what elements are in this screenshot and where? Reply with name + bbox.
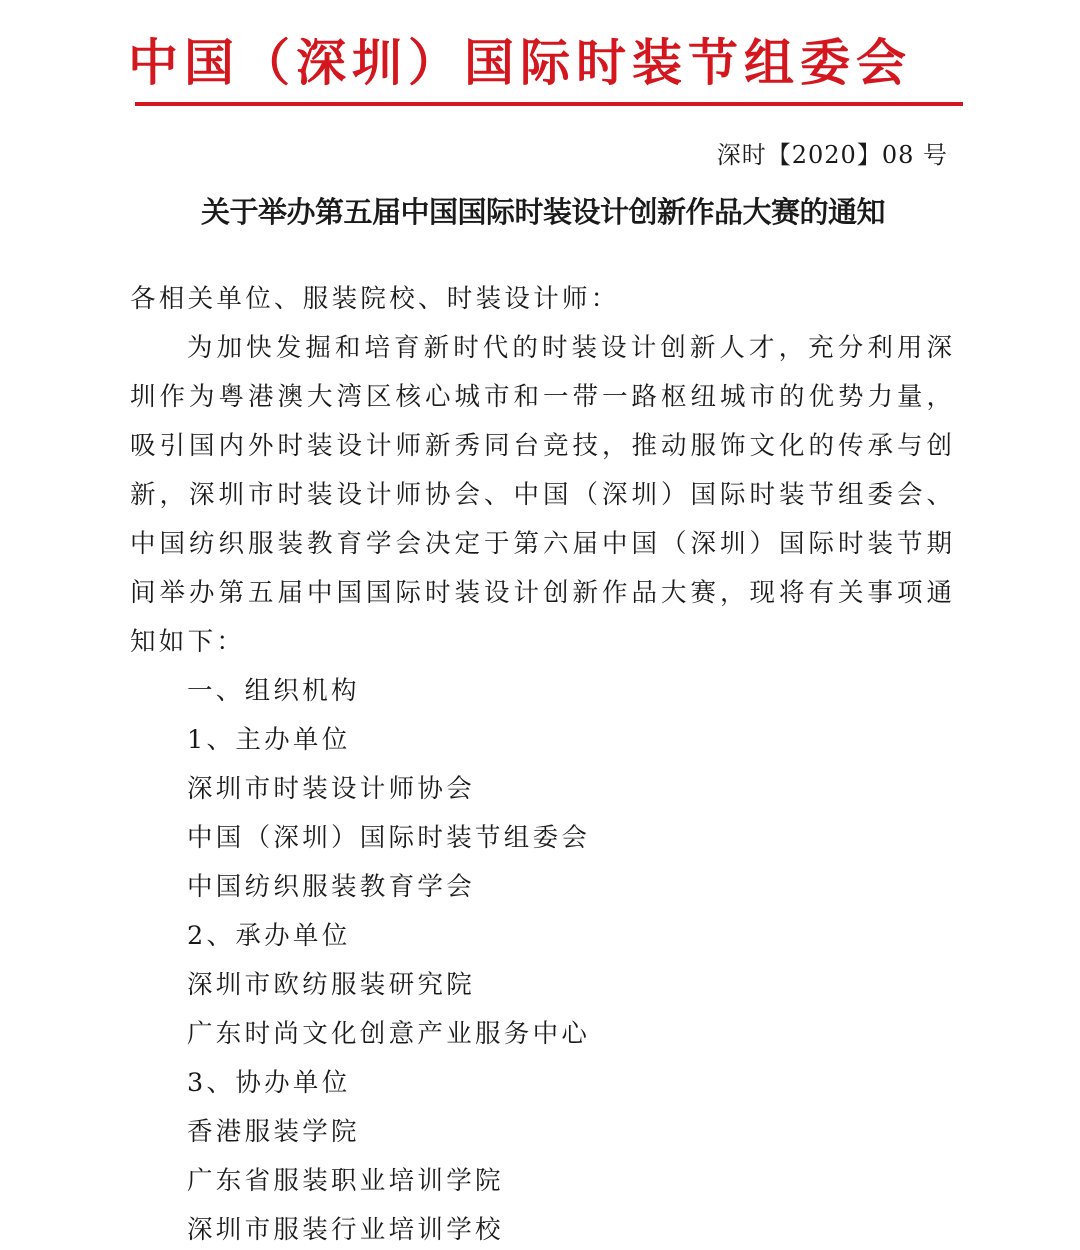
list-item: 深圳市服装行业培训学校 [130, 1206, 952, 1250]
intro-line: 间举办第五届中国国际时装设计创新作品大赛，现将有关事项通 [130, 569, 952, 618]
salutation: 各相关单位、服装院校、时装设计师： [130, 275, 952, 324]
document-body: 各相关单位、服装院校、时装设计师： 为加快发掘和培育新时代的时装设计创新人才，充… [130, 275, 952, 1250]
intro-line: 知如下： [130, 618, 952, 667]
list-item: 深圳市欧纺服装研究院 [130, 961, 952, 1010]
letterhead-title: 中国（深圳）国际时装节组委会 [128, 30, 958, 96]
intro-line: 新，深圳市时装设计师协会、中国（深圳）国际时装节组委会、 [130, 471, 952, 520]
intro-line: 为加快发掘和培育新时代的时装设计创新人才，充分利用深 [130, 324, 952, 373]
group-heading: 3、协办单位 [130, 1059, 952, 1108]
section-heading: 一、组织机构 [130, 667, 952, 716]
intro-line: 吸引国内外时装设计师新秀同台竞技，推动服饰文化的传承与创 [130, 422, 952, 471]
list-item: 中国（深圳）国际时装节组委会 [130, 814, 952, 863]
intro-line: 圳作为粤港澳大湾区核心城市和一带一路枢纽城市的优势力量， [130, 373, 952, 422]
letterhead-rule [135, 102, 963, 106]
list-item: 中国纺织服装教育学会 [130, 863, 952, 912]
list-item: 深圳市时装设计师协会 [130, 765, 952, 814]
list-item: 广东省服装职业培训学院 [130, 1157, 952, 1206]
group-heading: 1、主办单位 [130, 716, 952, 765]
document-number: 深时【2020】08 号 [717, 138, 948, 172]
list-item: 广东时尚文化创意产业服务中心 [130, 1010, 952, 1059]
document-title: 关于举办第五届中国国际时装设计创新作品大赛的通知 [128, 192, 958, 232]
intro-line: 中国纺织服装教育学会决定于第六届中国（深圳）国际时装节期 [130, 520, 952, 569]
list-item: 香港服装学院 [130, 1108, 952, 1157]
group-heading: 2、承办单位 [130, 912, 952, 961]
